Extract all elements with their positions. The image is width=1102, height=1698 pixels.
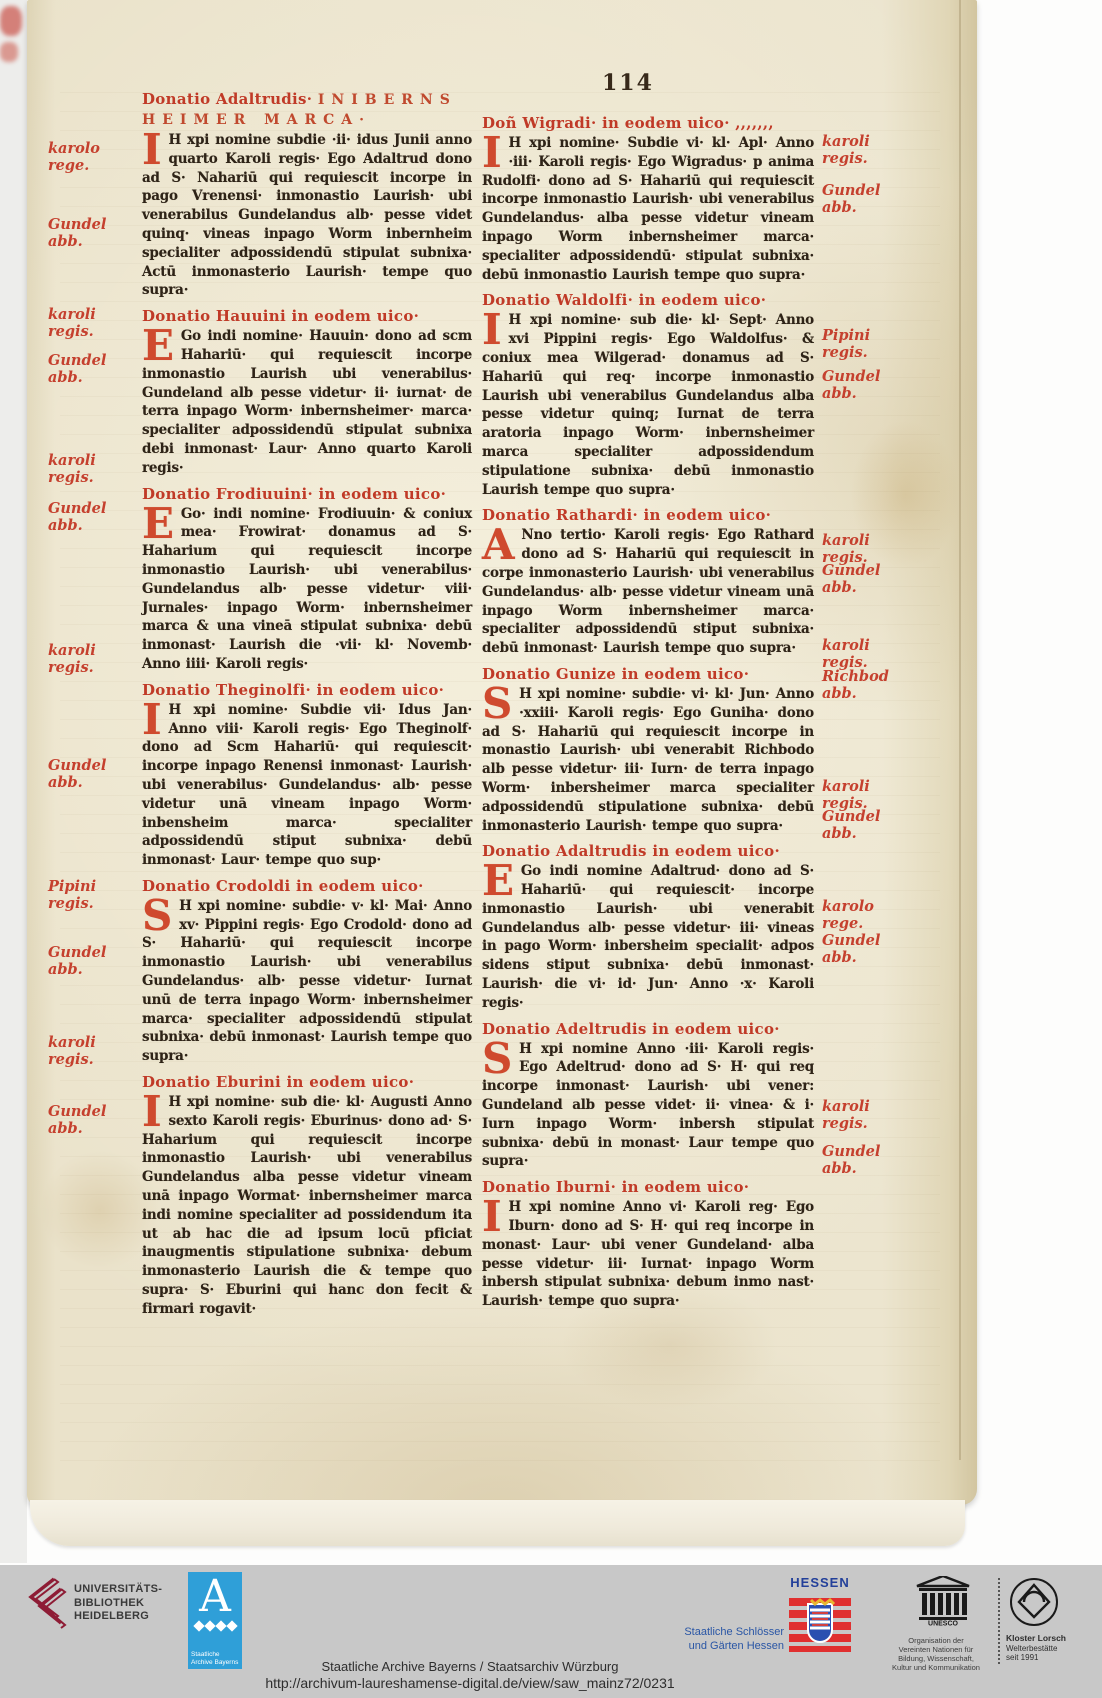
- margin-note: Gundel abb.: [822, 182, 912, 216]
- margin-note: Gundel abb.: [822, 562, 912, 596]
- decorated-initial: I: [482, 1199, 501, 1235]
- footer-dotted-divider: [998, 1578, 1000, 1664]
- margin-note: karoli regis.: [48, 642, 138, 676]
- decorated-initial: S: [142, 898, 172, 934]
- hessen-coat-of-arms-icon: [789, 1594, 851, 1657]
- source-url: http://archivum-laureshamense-digital.de…: [0, 1675, 940, 1692]
- ub-heidelberg-logo-icon: [24, 1576, 70, 1637]
- margin-note: Gundel abb.: [48, 757, 138, 791]
- margin-note: karoli regis.: [822, 133, 912, 167]
- decorated-initial: E: [142, 328, 174, 364]
- charter-body: IH xpi nomine Anno vi· Karoli reg· Ego I…: [482, 1198, 814, 1311]
- folio-number: 114: [602, 70, 654, 96]
- charter-body: IH xpi nomine· Subdie vi· kl· Apl· Anno …: [482, 134, 814, 284]
- svg-text:UNESCO: UNESCO: [928, 1621, 959, 1627]
- charter-entry: Doñ Wigradi· in eodem uico· ,,,,,,, IH x…: [482, 114, 814, 284]
- rubric-heading: Donatio Adaltrudis in eodem uico·: [482, 842, 814, 861]
- decorated-initial: I: [142, 1094, 161, 1130]
- margin-note: Gundel abb.: [48, 352, 138, 386]
- charter-entry: Donatio Frodiuuini· in eodem uico· EGo· …: [142, 485, 472, 674]
- rubric-heading: Donatio Waldolfi· in eodem uico·: [482, 291, 814, 310]
- charter-entry: Donatio Hauuini in eodem uico· EGo indi …: [142, 307, 472, 477]
- margin-note: karoli regis.: [48, 1034, 138, 1068]
- margin-note: Gundel abb.: [48, 500, 138, 534]
- rubric-heading: Donatio Iburni· in eodem uico·: [482, 1178, 814, 1197]
- charter-entry: Donatio Iburni· in eodem uico· IH xpi no…: [482, 1178, 814, 1311]
- margin-note: Gundel abb.: [822, 1143, 912, 1177]
- decorated-initial: S: [482, 1041, 512, 1077]
- decorated-initial: A: [482, 527, 514, 563]
- margin-note: karolo rege.: [822, 898, 912, 932]
- rubric-heading: Donatio Gunize in eodem uico·: [482, 665, 814, 684]
- charter-entry: Donatio Rathardi· in eodem uico· ANno te…: [482, 506, 814, 658]
- margin-note: Gundel abb.: [48, 216, 138, 250]
- charter-entry: Donatio Eburini in eodem uico· IH xpi no…: [142, 1073, 472, 1319]
- margin-note: karoli regis.: [822, 637, 912, 671]
- margin-note: Gundel abb.: [822, 808, 912, 842]
- world-heritage-emblem-icon: [1008, 1576, 1060, 1633]
- charter-body: IH xpi nomine· Subdie vii· Idus Jan· Ann…: [142, 701, 472, 870]
- bayerns-diamonds-icon: [195, 1622, 236, 1630]
- charter-entry: Donatio Waldolfi· in eodem uico· IH xpi …: [482, 291, 814, 499]
- charter-body: IH xpi nomine· sub die· kl· Augusti Anno…: [142, 1093, 472, 1319]
- charter-entry: Donatio Theginolfi· in eodem uico· IH xp…: [142, 681, 472, 870]
- rubric-heading: Donatio Adaltrudis· INIBERNS HEIMER MARC…: [142, 90, 472, 130]
- rubric-heading: Donatio Theginolfi· in eodem uico·: [142, 681, 472, 700]
- scanner-edge-strip: [0, 0, 27, 1563]
- charter-body: IH xpi nomine· sub die· kl· Sept· Anno x…: [482, 311, 814, 499]
- manuscript-scan-page: 114 Donatio Adaltrudis· INIBERNS HEIMER …: [0, 0, 1102, 1698]
- charter-body: EGo· indi nomine· Frodiuuin· & coniux me…: [142, 505, 472, 674]
- margin-note: Gundel abb.: [822, 932, 912, 966]
- margin-note: Gundel abb.: [48, 1103, 138, 1137]
- hessen-label: Staatliche Schlösser und Gärten Hessen: [648, 1625, 784, 1653]
- credit-lines: Staatliche Archive Bayerns / Staatsarchi…: [0, 1659, 940, 1692]
- charter-entry: Donatio Gunize in eodem uico· SH xpi nom…: [482, 665, 814, 835]
- charter-body: SH xpi nomine· subdie· vi· kl· Jun· Anno…: [482, 685, 814, 835]
- charter-body: ANno tertio· Karoli regis· Ego Rathard d…: [482, 526, 814, 658]
- rubric-heading: Donatio Hauuini in eodem uico·: [142, 307, 472, 326]
- red-edge-smudge: [0, 6, 22, 36]
- charter-entry: Donatio Adaltrudis in eodem uico· EGo in…: [482, 842, 814, 1012]
- decorated-initial: E: [482, 863, 514, 899]
- margin-note: Gundel abb.: [48, 944, 138, 978]
- charter-entry: Donatio Crodoldi in eodem uico· SH xpi n…: [142, 877, 472, 1066]
- decorated-initial: S: [482, 686, 512, 722]
- charter-body: SH xpi nomine Anno ·iii· Karoli regis· E…: [482, 1040, 814, 1172]
- hessen-wordmark: HESSEN: [790, 1575, 850, 1590]
- bayerns-a-letter: A: [199, 1574, 231, 1620]
- staatliche-archive-bayerns-logo: A Staatliche Archive Bayerns: [188, 1572, 242, 1669]
- margin-note: karoli regis.: [48, 452, 138, 486]
- charter-entry: Donatio Adeltrudis in eodem uico· SH xpi…: [482, 1020, 814, 1172]
- charter-body: EGo indi nomine Adaltrud· dono ad S· Hah…: [482, 862, 814, 1012]
- charter-entry: Donatio Adaltrudis· INIBERNS HEIMER MARC…: [142, 90, 472, 300]
- decorated-initial: I: [482, 312, 501, 348]
- margin-note: Gundel abb.: [822, 368, 912, 402]
- margin-note: Pipini regis.: [48, 878, 138, 912]
- charter-body: EGo indi nomine· Hauuin· dono ad scm Hah…: [142, 327, 472, 477]
- underlying-leaf-edge: [30, 1500, 965, 1546]
- margin-note: karoli regis.: [822, 778, 912, 812]
- margin-note: karolo rege.: [48, 140, 138, 174]
- decorated-initial: E: [142, 506, 174, 542]
- rubric-heading: Donatio Frodiuuini· in eodem uico·: [142, 485, 472, 504]
- kloster-lorsch-label: Kloster Lorsch Welterbestätte seit 1991: [1006, 1634, 1094, 1663]
- rubric-heading: Doñ Wigradi· in eodem uico· ,,,,,,,: [482, 114, 814, 133]
- page-fold-line: [959, 0, 961, 1460]
- margin-note: karoli regis.: [48, 306, 138, 340]
- rubric-heading: Donatio Eburini in eodem uico·: [142, 1073, 472, 1092]
- rubric-heading: Donatio Adeltrudis in eodem uico·: [482, 1020, 814, 1039]
- charter-body: IH xpi nomine subdie ·ii· idus Junii ann…: [142, 131, 472, 300]
- ub-heidelberg-label: UNIVERSITÄTS- BIBLIOTHEK HEIDELBERG: [74, 1583, 162, 1624]
- margin-note: karoli regis.: [822, 1098, 912, 1132]
- margin-note: Pipini regis.: [822, 327, 912, 361]
- decorated-initial: I: [482, 135, 501, 171]
- rubric-heading: Donatio Rathardi· in eodem uico·: [482, 506, 814, 525]
- unesco-logo-icon: UNESCO: [908, 1576, 978, 1631]
- text-column-left: Donatio Adaltrudis· INIBERNS HEIMER MARC…: [142, 90, 472, 1326]
- margin-note: karoli regis.: [822, 532, 912, 566]
- margin-note: Richbod abb.: [822, 668, 912, 702]
- red-edge-smudge: [0, 42, 18, 62]
- decorated-initial: I: [142, 132, 161, 168]
- rubric-heading: Donatio Crodoldi in eodem uico·: [142, 877, 472, 896]
- archive-credit-line: Staatliche Archive Bayerns / Staatsarchi…: [0, 1659, 940, 1675]
- text-column-right: Doñ Wigradi· in eodem uico· ,,,,,,, IH x…: [482, 114, 814, 1318]
- decorated-initial: I: [142, 702, 161, 738]
- charter-body: SH xpi nomine· subdie· v· kl· Mai· Anno …: [142, 897, 472, 1066]
